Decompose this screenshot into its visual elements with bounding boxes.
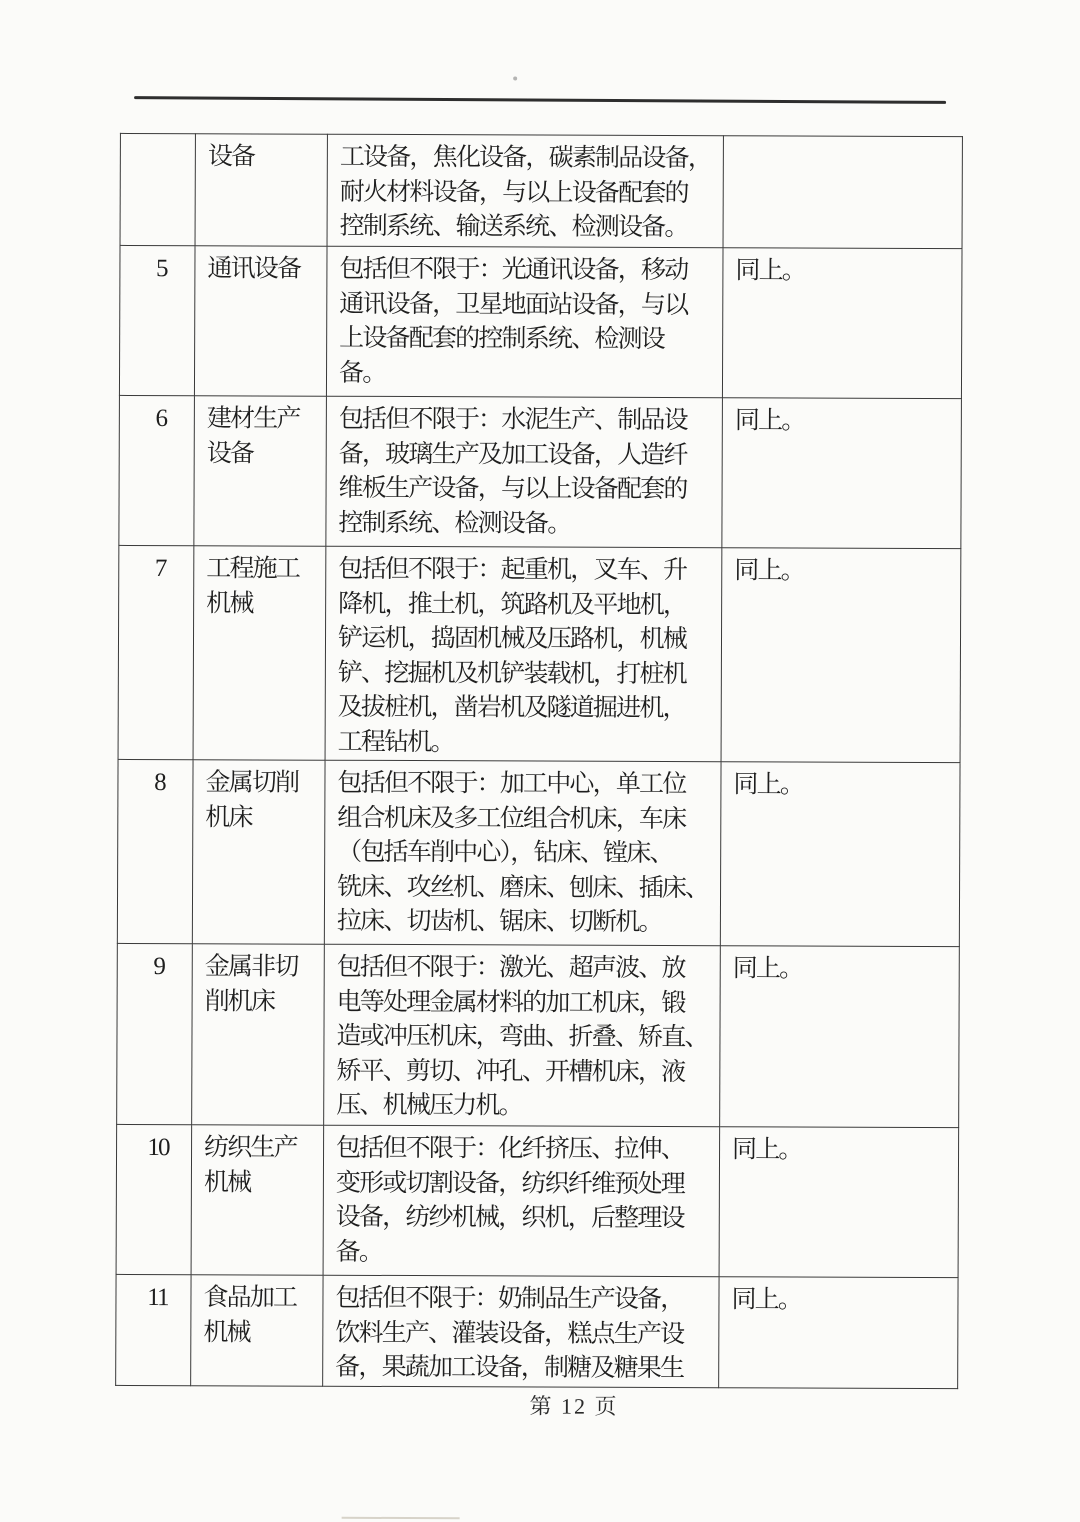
- row-number-cell: 7: [118, 545, 194, 759]
- row-number-cell: 9: [117, 943, 193, 1124]
- table-row: 9 金属非切 削机床 包括但不限于：激光、超声波、放 电等处理金属材料的加工机床…: [117, 943, 960, 1127]
- table-row: 10 纺织生产 机械 包括但不限于：化纤挤压、拉伸、 变形或切割设备，纺织纤维预…: [116, 1124, 959, 1277]
- description-cell: 包括但不限于：光通讯设备，移动 通讯设备，卫星地面站设备，与以 上设备配套的控制…: [326, 246, 723, 398]
- page-header-rule: [134, 96, 946, 104]
- category-cell: 工程施工 机械: [193, 546, 326, 761]
- category-cell: 金属非切 削机床: [192, 944, 325, 1126]
- row-number-cell: 10: [116, 1124, 192, 1274]
- row-number-cell: 8: [117, 759, 193, 943]
- table-row: 8 金属切削 机床 包括但不限于：加工中心，单工位 组合机床及多工位组合机床，车…: [117, 759, 960, 946]
- note-cell: 同上。: [720, 946, 960, 1128]
- row-number-cell: 6: [119, 395, 195, 545]
- category-cell: 设备: [195, 134, 327, 247]
- description-cell: 包括但不限于：奶制品生产设备， 饮料生产、灌装设备，糕点生产设 备，果蔬加工设备…: [323, 1275, 719, 1387]
- row-number-cell: 5: [119, 245, 195, 395]
- equipment-table-body: 设备 工设备，焦化设备，碳素制品设备， 耐火材料设备，与以上设备配套的 控制系统…: [116, 133, 963, 1388]
- equipment-category-table: 设备 工设备，焦化设备，碳素制品设备， 耐火材料设备，与以上设备配套的 控制系统…: [115, 133, 963, 1389]
- note-cell: 同上。: [721, 548, 961, 763]
- table-row: 6 建材生产 设备 包括但不限于：水泥生产、制品设 备，玻璃生产及加工设备，人造…: [119, 395, 962, 548]
- note-cell: [723, 136, 962, 249]
- description-cell: 包括但不限于：加工中心，单工位 组合机床及多工位组合机床，车床 （包括车削中心）…: [324, 760, 721, 946]
- description-cell: 包括但不限于：激光、超声波、放 电等处理金属材料的加工机床，锻 造或冲压机床，弯…: [324, 944, 721, 1127]
- table-row: 设备 工设备，焦化设备，碳素制品设备， 耐火材料设备，与以上设备配套的 控制系统…: [120, 133, 962, 248]
- scanned-page: 设备 工设备，焦化设备，碳素制品设备， 耐火材料设备，与以上设备配套的 控制系统…: [0, 0, 1080, 1522]
- table-row: 11 食品加工 机械 包括但不限于：奶制品生产设备， 饮料生产、灌装设备，糕点生…: [116, 1274, 958, 1388]
- category-cell: 金属切削 机床: [192, 760, 325, 945]
- category-cell: 纺织生产 机械: [191, 1125, 324, 1276]
- note-cell: 同上。: [722, 248, 962, 399]
- category-cell: 建材生产 设备: [194, 396, 327, 547]
- description-cell: 包括但不限于：化纤挤压、拉伸、 变形或切割设备，纺织纤维预处理 设备，纺纱机械，…: [323, 1125, 720, 1277]
- note-cell: 同上。: [719, 1277, 958, 1388]
- category-cell: 食品加工 机械: [191, 1275, 323, 1386]
- page-number: 第 12 页: [153, 1388, 995, 1422]
- row-number-cell: [120, 133, 195, 245]
- scan-smudge: [342, 1517, 460, 1519]
- table-row: 7 工程施工 机械 包括但不限于：起重机，叉车、升 降机，推土机，筑路机及平地机…: [118, 545, 961, 762]
- scan-speck: [513, 76, 517, 80]
- row-number-cell: 11: [116, 1274, 191, 1385]
- description-cell: 包括但不限于：起重机，叉车、升 降机，推土机，筑路机及平地机， 铲运机，捣固机械…: [325, 546, 722, 762]
- table-row: 5 通讯设备 包括但不限于：光通讯设备，移动 通讯设备，卫星地面站设备，与以 上…: [119, 245, 962, 398]
- description-cell: 包括但不限于：水泥生产、制品设 备，玻璃生产及加工设备，人造纤 维板生产设备，与…: [326, 396, 723, 548]
- category-cell: 通讯设备: [194, 246, 327, 397]
- note-cell: 同上。: [719, 1127, 959, 1278]
- note-cell: 同上。: [722, 398, 962, 549]
- note-cell: 同上。: [720, 762, 960, 947]
- description-cell: 工设备，焦化设备，碳素制品设备， 耐火材料设备，与以上设备配套的 控制系统、输送…: [327, 134, 723, 248]
